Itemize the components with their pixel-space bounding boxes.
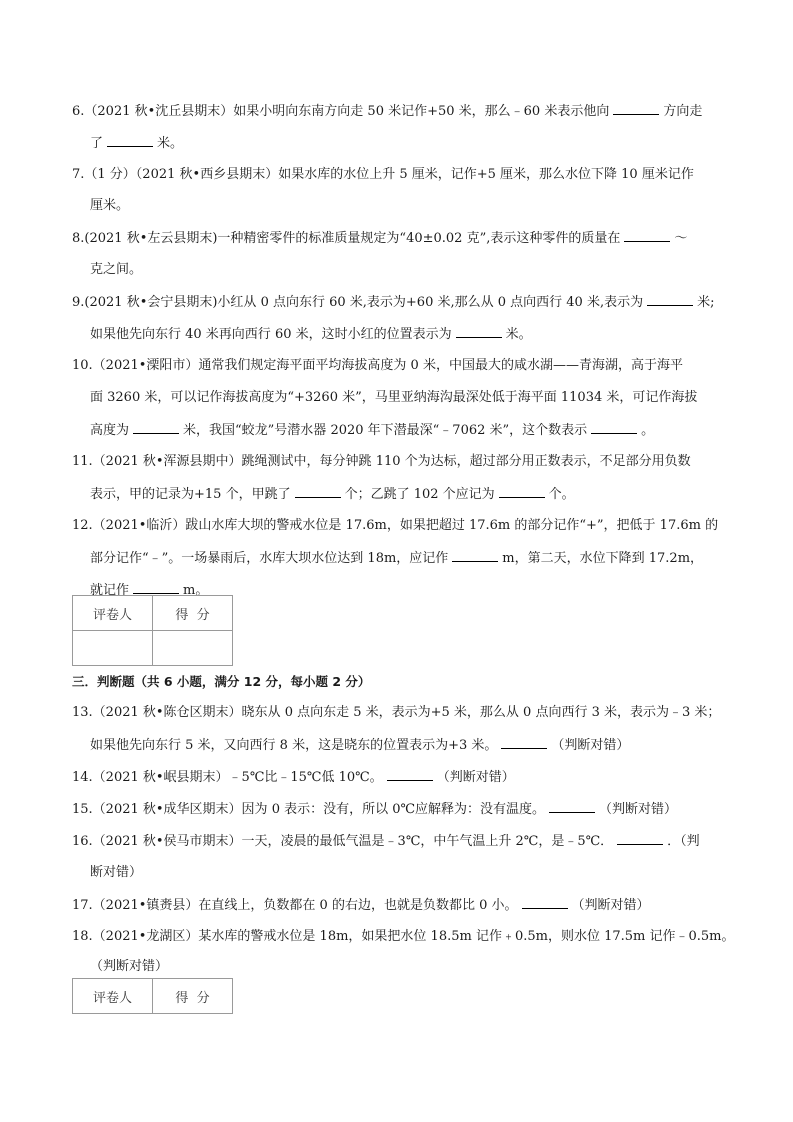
question-text: 如果他先向东行 40 米再向西行 60 米，这时小红的位置表示为 (90, 327, 452, 342)
score-label: 得 分 (153, 596, 233, 631)
question-text: （判断对错） (599, 802, 677, 817)
question-text: 方向走 (663, 104, 702, 119)
question-text: 7.（1 分）（2021 秋•西乡县期末）如果水库的水位上升 5 厘米，记作+5… (72, 167, 694, 182)
question-text: ～ (674, 231, 687, 246)
question-text: 10.（2021•溧阳市）通常我们规定海平面平均海拔高度为 0 米，中国最大的咸… (72, 358, 683, 373)
question-text: 17.（2021•镇赉县）在直线上，负数都在 0 的右边，也就是负数都比 0 小… (72, 898, 518, 913)
question-text: 部分记作“﹣”。一场暴雨后，水库大坝水位达到 18m，应记作 (90, 551, 448, 566)
question-9-line-2: 如果他先向东行 40 米再向西行 60 米，这时小红的位置表示为米。 (90, 325, 532, 344)
answer-blank[interactable] (549, 800, 595, 813)
question-text: 厘米。 (90, 198, 129, 213)
question-text: 16.（2021 秋•侯马市期末）一天，凌晨的最低气温是﹣3℃，中午气温上升 2… (72, 834, 613, 849)
question-text: ．（判 (667, 834, 700, 849)
question-text: 个。 (549, 487, 575, 502)
score-label: 得 分 (153, 979, 233, 1014)
question-6-line-1: 6.（2021 秋•沈丘县期末）如果小明向东南方向走 50 米记作+50 米，那… (72, 102, 702, 121)
answer-blank[interactable] (522, 896, 568, 909)
answer-blank[interactable] (501, 736, 547, 749)
question-17-line-1: 17.（2021•镇赉县）在直线上，负数都在 0 的右边，也就是负数都比 0 小… (72, 896, 650, 915)
question-text: 。 (641, 423, 654, 438)
question-text: 14.（2021 秋•岷县期末）﹣5℃比﹣15℃低 10℃。 (72, 770, 383, 785)
answer-blank[interactable] (107, 134, 153, 147)
question-9-line-1: 9.(2021 秋•会宁县期末)小红从 0 点向东行 60 米,表示为+60 米… (72, 293, 714, 312)
answer-blank[interactable] (591, 421, 637, 434)
question-7-line-1: 7.（1 分）（2021 秋•西乡县期末）如果水库的水位上升 5 厘米，记作+5… (72, 166, 694, 184)
question-text: 断对错） (90, 865, 142, 880)
question-12-line-1: 12.（2021•临沂）跋山水库大坝的警戒水位是 17.6m，如果把超过 17.… (72, 517, 718, 535)
question-text: 克之间。 (90, 262, 142, 277)
question-text: 13.（2021 秋•陈仓区期末）晓东从 0 点向东走 5 米，表示为+5 米，… (72, 705, 720, 720)
grader-cell[interactable] (73, 631, 153, 666)
answer-blank[interactable] (613, 102, 659, 115)
question-11-line-1: 11.（2021 秋•浑源县期中）跳绳测试中，每分钟跳 110 个为达标，超过部… (72, 453, 691, 471)
grader-label: 评卷人 (73, 979, 153, 1014)
answer-blank[interactable] (133, 421, 179, 434)
answer-blank[interactable] (295, 485, 341, 498)
question-text: m，第二天，水位下降到 17.2m， (502, 551, 703, 566)
question-text: 12.（2021•临沂）跋山水库大坝的警戒水位是 17.6m，如果把超过 17.… (72, 518, 718, 533)
question-10-line-1: 10.（2021•溧阳市）通常我们规定海平面平均海拔高度为 0 米，中国最大的咸… (72, 357, 683, 375)
grader-label: 评卷人 (73, 596, 153, 631)
answer-blank[interactable] (456, 325, 502, 338)
question-10-line-2: 面 3260 米，可以记作海拔高度为“+3260 米”，马里亚纳海沟最深处低于海… (90, 389, 697, 407)
question-16-line-2: 断对错） (90, 864, 142, 882)
question-8-line-1: 8.(2021 秋•左云县期末)一种精密零件的标准质量规定为“40±0.02 克… (72, 229, 687, 248)
answer-blank[interactable] (617, 832, 663, 845)
question-text: 米; (697, 295, 714, 310)
question-10-line-3: 高度为米，我国“蛟龙”号潜水器 2020 年下潜最深“﹣7062 米”，这个数表… (90, 421, 654, 440)
question-text: （判断对错） (90, 959, 168, 974)
answer-blank[interactable] (624, 229, 670, 242)
question-text: 如果他先向东行 5 米，又向西行 8 米，这是晓东的位置表示为+3 米。 (90, 738, 497, 753)
score-cell[interactable] (153, 631, 233, 666)
question-text: （判断对错） (572, 898, 650, 913)
answer-blank[interactable] (647, 293, 693, 306)
answer-blank[interactable] (133, 581, 179, 594)
question-18-line-2: （判断对错） (90, 958, 168, 976)
question-12-line-2: 部分记作“﹣”。一场暴雨后，水库大坝水位达到 18m，应记作m，第二天，水位下降… (90, 549, 703, 568)
question-text: 11.（2021 秋•浑源县期中）跳绳测试中，每分钟跳 110 个为达标，超过部… (72, 454, 691, 469)
question-18-line-1: 18.（2021•龙湖区）某水库的警戒水位是 18m，如果把水位 18.5m 记… (72, 928, 735, 946)
score-table: 评卷人 得 分 (72, 595, 233, 666)
question-text: 8.(2021 秋•左云县期末)一种精密零件的标准质量规定为“40±0.02 克… (72, 231, 620, 246)
question-text: 9.(2021 秋•会宁县期末)小红从 0 点向东行 60 米,表示为+60 米… (72, 295, 643, 310)
question-13-line-1: 13.（2021 秋•陈仓区期末）晓东从 0 点向东走 5 米，表示为+5 米，… (72, 704, 720, 722)
question-text: 表示，甲的记录为+15 个，甲跳了 (90, 487, 291, 502)
question-11-line-2: 表示，甲的记录为+15 个，甲跳了个；乙跳了 102 个应记为个。 (90, 485, 575, 504)
question-text: 了 (90, 136, 103, 151)
question-8-line-2: 克之间。 (90, 261, 142, 279)
answer-blank[interactable] (499, 485, 545, 498)
score-table-2: 评卷人 得 分 (72, 978, 233, 1014)
answer-blank[interactable] (452, 549, 498, 562)
question-text: 6.（2021 秋•沈丘县期末）如果小明向东南方向走 50 米记作+50 米，那… (72, 104, 609, 119)
question-text: （判断对错） (437, 770, 515, 785)
question-text: 米。 (506, 327, 532, 342)
question-6-line-2: 了米。 (90, 134, 183, 153)
question-text: 米，我国“蛟龙”号潜水器 2020 年下潜最深“﹣7062 米”，这个数表示 (183, 423, 587, 438)
question-text: 米。 (157, 136, 183, 151)
question-14-line-1: 14.（2021 秋•岷县期末）﹣5℃比﹣15℃低 10℃。（判断对错） (72, 768, 515, 787)
question-13-line-2: 如果他先向东行 5 米，又向西行 8 米，这是晓东的位置表示为+3 米。（判断对… (90, 736, 629, 755)
answer-blank[interactable] (387, 768, 433, 781)
question-7-line-2: 厘米。 (90, 197, 129, 215)
question-16-line-1: 16.（2021 秋•侯马市期末）一天，凌晨的最低气温是﹣3℃，中午气温上升 2… (72, 832, 700, 851)
question-15-line-1: 15.（2021 秋•成华区期末）因为 0 表示：没有，所以 0℃应解释为：没有… (72, 800, 677, 819)
question-text: （判断对错） (551, 738, 629, 753)
question-text: 面 3260 米，可以记作海拔高度为“+3260 米”，马里亚纳海沟最深处低于海… (90, 390, 697, 405)
question-text: 个；乙跳了 102 个应记为 (345, 487, 495, 502)
question-text: 高度为 (90, 423, 129, 438)
question-text: 18.（2021•龙湖区）某水库的警戒水位是 18m，如果把水位 18.5m 记… (72, 929, 735, 944)
section-title: 三．判断题（共 6 小题，满分 12 分，每小题 2 分） (72, 673, 370, 691)
question-text: 15.（2021 秋•成华区期末）因为 0 表示：没有，所以 0℃应解释为：没有… (72, 802, 545, 817)
